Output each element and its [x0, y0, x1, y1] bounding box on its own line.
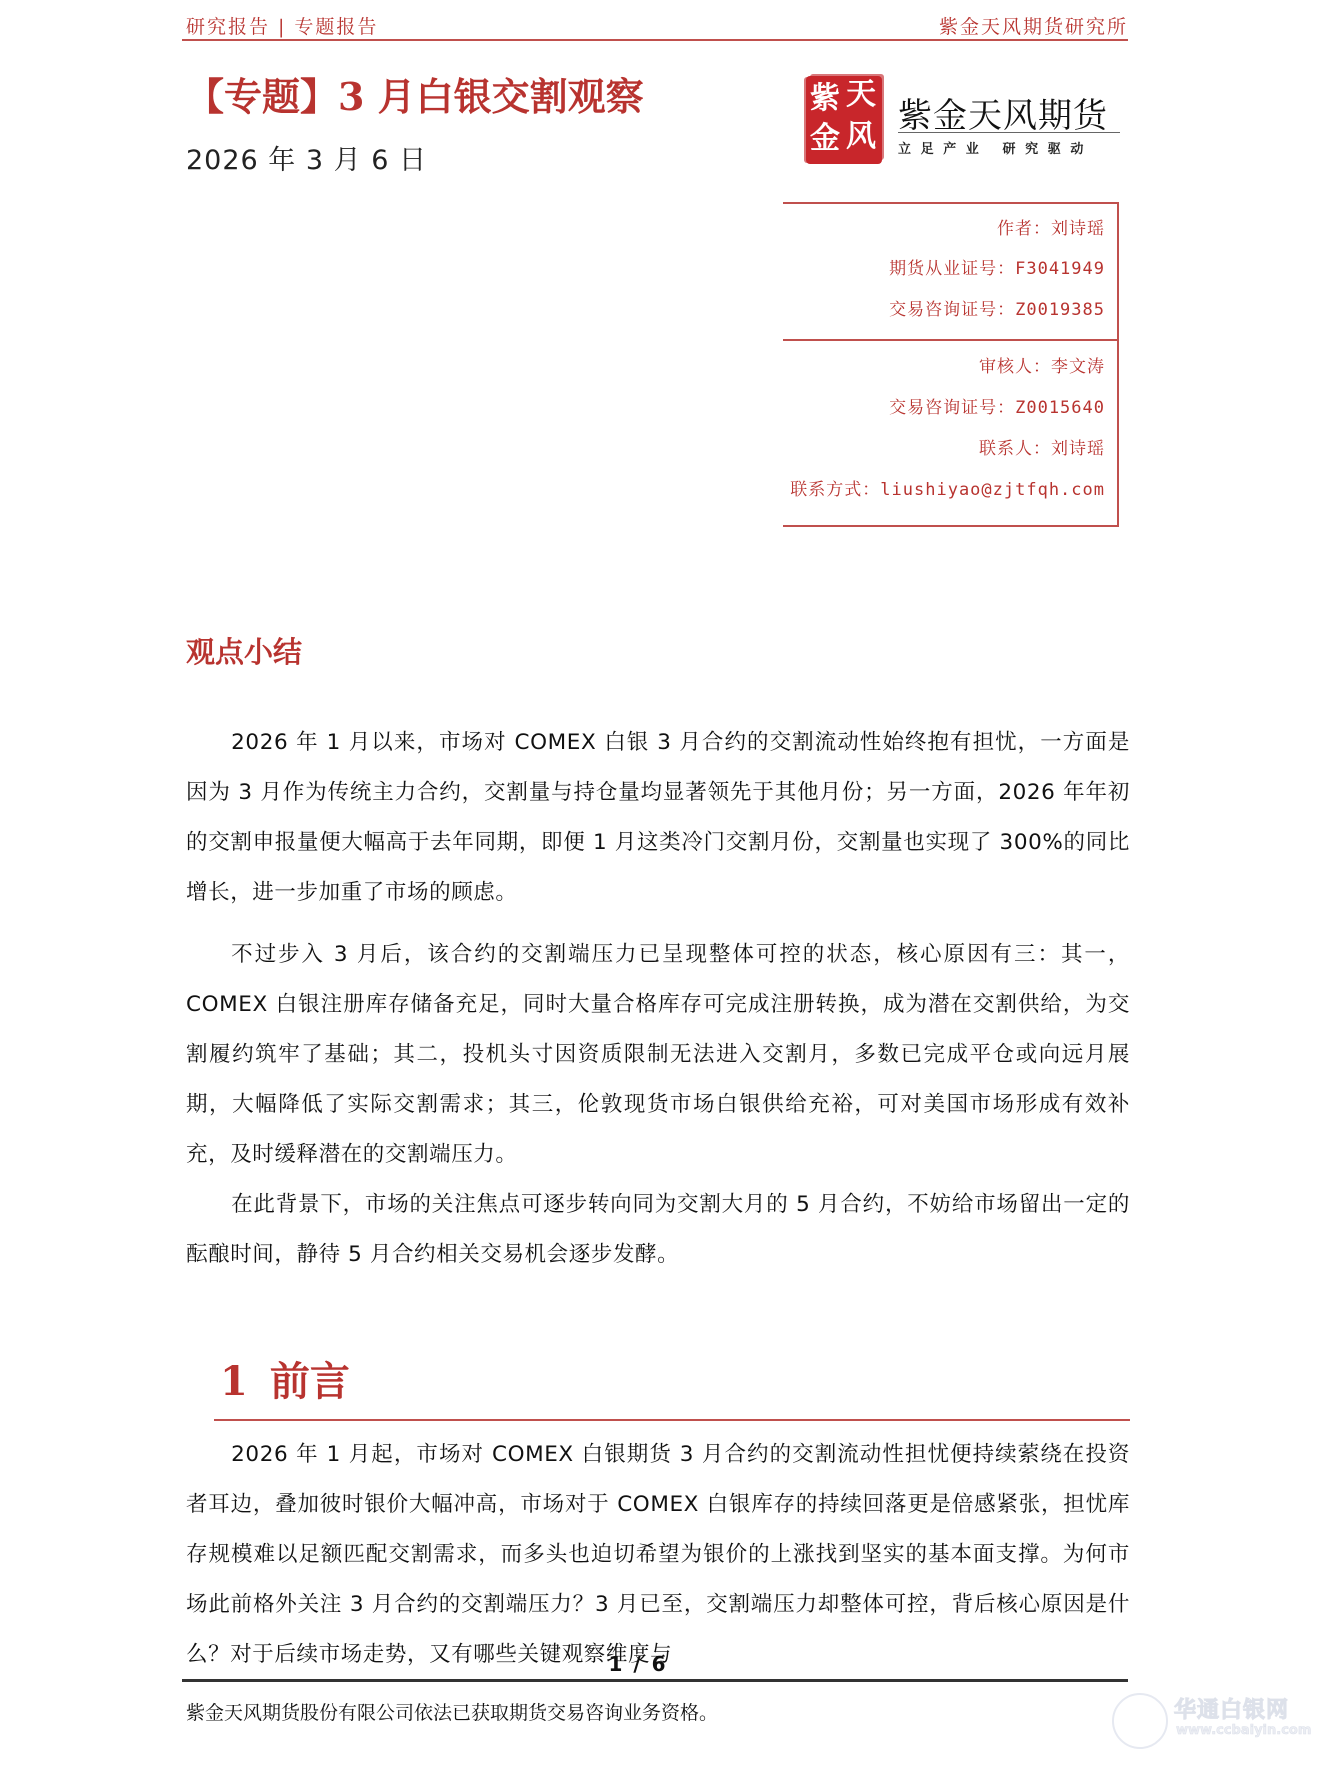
summary-paragraph-1: 2026 年 1 月以来，市场对 COMEX 白银 3 月合约的交割流动性始终抱… [186, 718, 1130, 918]
contact-person: 联系人：刘诗瑶 [979, 434, 1105, 459]
reviewer-name: 审核人：李文涛 [979, 352, 1105, 377]
logo-divider [898, 132, 1120, 133]
reviewer-license: 交易咨询证号：Z0015640 [889, 393, 1105, 418]
consulting-license: 交易咨询证号：Z0019385 [889, 295, 1105, 320]
box-divider [783, 339, 1119, 341]
section-divider [214, 1419, 1130, 1421]
header-separator: | [278, 16, 286, 38]
seal-char: 紫 [810, 84, 840, 114]
header-subcategory: 专题报告 [294, 16, 378, 38]
watermark-logo-icon [1112, 1693, 1168, 1749]
company-logo: 紫 天 金 风 紫金天风期货 立足产业 研究驱动 [806, 74, 1122, 168]
author-name: 作者：刘诗瑶 [997, 214, 1105, 239]
report-date: 2026 年 3 月 6 日 [186, 138, 427, 177]
header-breadcrumb: 研究报告|专题报告 [186, 12, 378, 39]
box-divider [783, 202, 1119, 204]
header-institute: 紫金天风期货研究所 [939, 12, 1128, 39]
summary-paragraph-3: 在此背景下，市场的关注焦点可逐步转向同为交割大月的 5 月合约，不妨给市场留出一… [186, 1180, 1130, 1280]
watermark: 华通白银网 www.ccbaiyin.com [1112, 1693, 1322, 1753]
footer-disclaimer: 紫金天风期货股份有限公司依法已获取期货交易咨询业务资格。 [186, 1698, 718, 1725]
summary-paragraph-2: 不过步入 3 月后，该合约的交割端压力已呈现整体可控的状态，核心原因有三：其一，… [186, 930, 1130, 1180]
footer-divider [182, 1679, 1128, 1682]
section-title: 前言 [270, 1358, 350, 1405]
company-name: 紫金天风期货 [898, 88, 1108, 137]
author-info-box: 作者：刘诗瑶 期货从业证号：F3041949 交易咨询证号：Z0019385 审… [783, 202, 1119, 526]
summary-heading: 观点小结 [186, 630, 302, 671]
watermark-name: 华通白银网 [1174, 1693, 1289, 1724]
page-indicator: 1 / 6 [0, 1652, 1324, 1676]
seal-logo-icon: 紫 天 金 风 [806, 76, 882, 164]
seal-char: 金 [810, 124, 840, 154]
seal-char: 风 [846, 122, 876, 152]
section-1-heading: 1前言 [220, 1350, 350, 1407]
section-1-paragraph: 2026 年 1 月起，市场对 COMEX 白银期货 3 月合约的交割流动性担忧… [186, 1430, 1130, 1680]
header-divider [182, 39, 1128, 41]
box-divider [783, 525, 1119, 527]
company-slogan: 立足产业 研究驱动 [898, 138, 1093, 157]
seal-char: 天 [846, 80, 876, 110]
futures-license: 期货从业证号：F3041949 [889, 254, 1105, 279]
section-number: 1 [220, 1358, 248, 1405]
box-border [1117, 202, 1119, 527]
report-title: 【专题】3 月白银交割观察 [186, 66, 644, 121]
header-category: 研究报告 [186, 16, 270, 38]
watermark-url: www.ccbaiyin.com [1176, 1723, 1311, 1738]
page-number: 1 / 6 [608, 1652, 667, 1676]
contact-email[interactable]: 联系方式：liushiyao@zjtfqh.com [790, 475, 1105, 500]
